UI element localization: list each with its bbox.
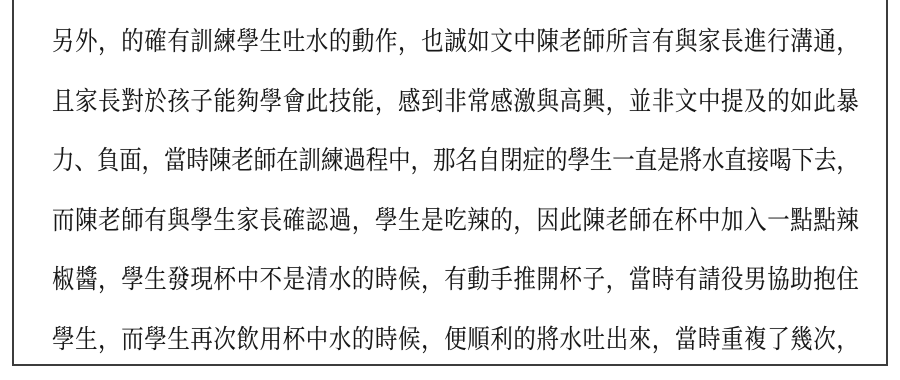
text-line-4: 而陳老師有與學生家長確認過，學生是吃辣的，因此陳老師在杯中加入一點點辣 xyxy=(52,191,859,251)
text-line-6: 學生，而學生再次飲用杯中水的時候，便順利的將水吐出來，當時重複了幾次， xyxy=(52,310,859,370)
page: 另外，的確有訓練學生吐水的動作，也誠如文中陳老師所言有與家長進行溝通， 且家長對… xyxy=(0,0,900,380)
document-border-box: 另外，的確有訓練學生吐水的動作，也誠如文中陳老師所言有與家長進行溝通， 且家長對… xyxy=(12,0,888,366)
text-line-5: 椒醬，學生發現杯中不是清水的時候，有動手推開杯子，當時有請役男協助抱住 xyxy=(52,250,859,310)
text-line-2: 且家長對於孩子能夠學會此技能，感到非常感激與高興，並非文中提及的如此暴 xyxy=(52,72,859,132)
text-line-3: 力、負面，當時陳老師在訓練過程中，那名自閉症的學生一直是將水直接喝下去， xyxy=(52,131,859,191)
paragraph-block: 另外，的確有訓練學生吐水的動作，也誠如文中陳老師所言有與家長進行溝通， 且家長對… xyxy=(52,12,859,369)
text-line-1: 另外，的確有訓練學生吐水的動作，也誠如文中陳老師所言有與家長進行溝通， xyxy=(52,12,859,72)
